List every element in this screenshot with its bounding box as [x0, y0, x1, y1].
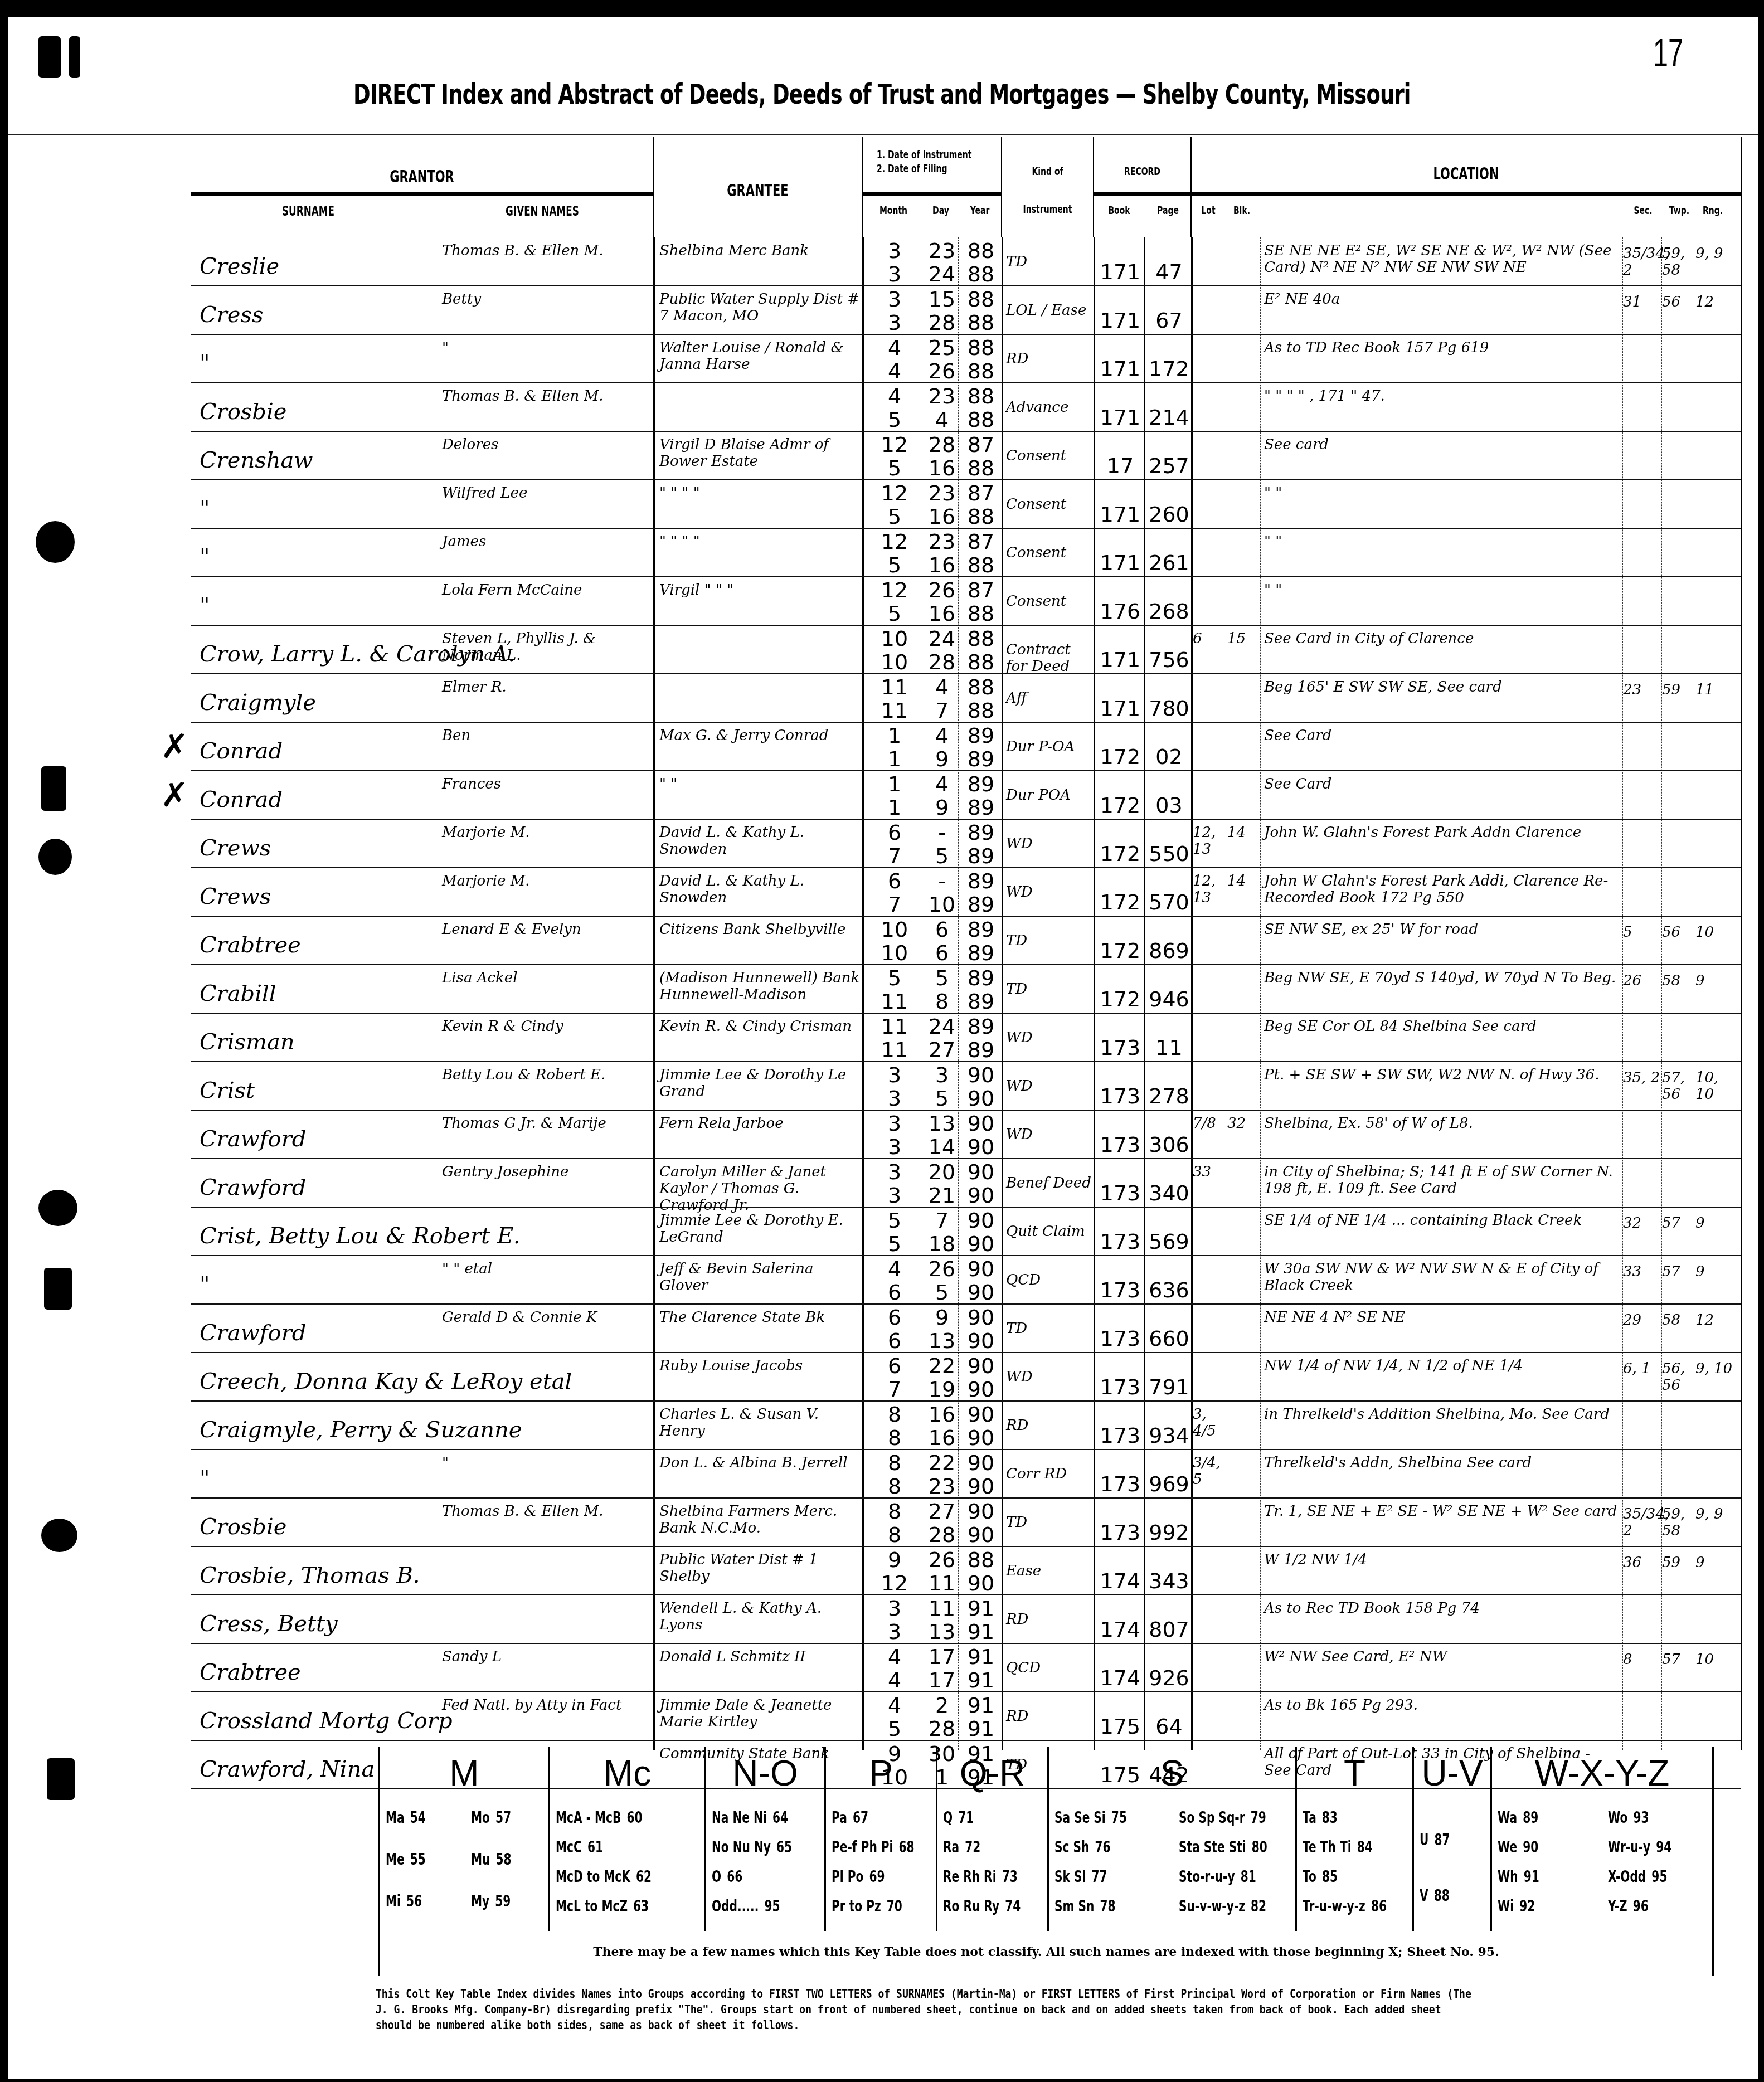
binder-hole — [41, 766, 66, 811]
day-instrument: 28 — [925, 432, 959, 458]
month-filed-instrument: 4 — [864, 383, 925, 409]
key-entry: Pe-f Ph Pi68 — [832, 1838, 915, 1856]
year-instrument: 88 — [959, 674, 1003, 700]
year-instrument: 91 — [959, 1692, 1003, 1718]
surname-cell: Craigmyle, Perry & Suzanne — [200, 1417, 640, 1443]
month-filed-instrument: 4 — [864, 1256, 925, 1282]
year-filing: 89 — [959, 989, 1003, 1014]
year-instrument: 88 — [959, 286, 1003, 312]
grantee-cell: Ruby Louise Jacobs — [659, 1358, 866, 1374]
key-entry-letters: Pa — [832, 1808, 847, 1827]
location-description: Threlkeld's Addn, Shelbina See card — [1264, 1455, 1621, 1471]
year-filing: 89 — [959, 1037, 1003, 1063]
key-entry-sheet-number: 77 — [1091, 1867, 1107, 1886]
section-cell: 32 — [1623, 1215, 1662, 1232]
key-entry-letters: McL to McZ — [556, 1897, 628, 1915]
year-instrument: 91 — [959, 1644, 1003, 1670]
given-names-cell: " " etal — [442, 1261, 654, 1277]
year-filing: 88 — [959, 310, 1003, 335]
kind-of-instrument: Consent — [1006, 447, 1095, 464]
location-description: in Threlkeld's Addition Shelbina, Mo. Se… — [1264, 1406, 1621, 1423]
key-entry-letters: Q — [943, 1808, 953, 1827]
key-entry-sheet-number: 76 — [1095, 1838, 1110, 1856]
key-entry: Pr to Pz70 — [832, 1897, 902, 1915]
record-book: 172 — [1095, 792, 1145, 818]
year-filing: 88 — [959, 552, 1003, 578]
grantee-cell: The Clarence State Bk — [659, 1309, 866, 1326]
year-filing: 88 — [959, 504, 1003, 529]
record-page: 660 — [1145, 1326, 1193, 1351]
given-names-cell: James — [442, 533, 654, 550]
record-page: 992 — [1145, 1520, 1193, 1545]
key-group-letter: P — [826, 1753, 936, 1794]
day-instrument: 2 — [925, 1692, 959, 1718]
key-entry-letters: Pe-f Ph Pi — [832, 1838, 893, 1856]
kind-of-instrument: TD — [1006, 981, 1095, 998]
table-row: CrewsMarjorie M.David L. & Kathy L. Snow… — [191, 819, 1741, 868]
header-label: GRANTEE — [685, 181, 830, 201]
grantee-cell: " " " " — [659, 485, 866, 502]
township-cell: 56 — [1662, 924, 1695, 941]
location-description: W 30a SW NW & W² NW SW N & E of City of … — [1264, 1261, 1621, 1294]
key-group-letter: W-X-Y-Z — [1492, 1753, 1712, 1794]
year-instrument: 89 — [959, 965, 1003, 991]
month-filing: 7 — [864, 843, 925, 869]
day-instrument: 26 — [925, 1547, 959, 1573]
year-instrument: 90 — [959, 1402, 1003, 1427]
day-instrument: 11 — [925, 1595, 959, 1621]
key-entry-sheet-number: 56 — [406, 1892, 422, 1910]
key-entry-letters: Sk Sl — [1054, 1867, 1086, 1886]
table-row: Creech, Donna Kay & LeRoy etalRuby Louis… — [191, 1352, 1741, 1402]
month-filing: 5 — [864, 601, 925, 626]
record-page: 807 — [1145, 1617, 1193, 1642]
month-filed-instrument: 10 — [864, 626, 925, 651]
key-entry-sheet-number: 94 — [1656, 1838, 1671, 1856]
grantee-cell: Fern Rela Jarboe — [659, 1115, 866, 1132]
year-filing: 90 — [959, 1231, 1003, 1257]
kind-of-instrument: Corr RD — [1006, 1466, 1095, 1482]
kind-of-instrument: Advance — [1006, 399, 1095, 416]
section-cell: 35, 2 — [1623, 1069, 1662, 1086]
grantee-cell: Shelbina Farmers Merc. Bank N.C.Mo. — [659, 1503, 866, 1536]
given-names-cell: Frances — [442, 776, 654, 792]
key-entry-sheet-number: 63 — [633, 1897, 649, 1915]
month-filed-instrument: 1 — [864, 723, 925, 748]
key-entry-letters: Sta Ste Sti — [1179, 1838, 1246, 1856]
record-page: 550 — [1145, 841, 1193, 867]
header-label: Day — [929, 203, 953, 217]
day-filing: 11 — [925, 1570, 959, 1596]
given-names-cell: Elmer R. — [442, 679, 654, 695]
key-group-letter: N-O — [706, 1753, 824, 1794]
key-entry: Mi56 — [386, 1892, 422, 1910]
year-filing: 89 — [959, 892, 1003, 917]
header-grantee: GRANTEE — [654, 137, 863, 237]
year-instrument: 90 — [959, 1305, 1003, 1330]
month-filing: 10 — [864, 940, 925, 966]
township-cell: 56 — [1662, 294, 1695, 310]
key-entry: Sto-r-u-y81 — [1179, 1867, 1256, 1886]
day-filing: 19 — [925, 1376, 959, 1402]
key-group-letter: Mc — [550, 1753, 704, 1794]
header-label: Page — [1151, 203, 1185, 217]
surname-cell: Crosbie, Thomas B. — [200, 1563, 640, 1588]
key-group-letter: T — [1297, 1753, 1412, 1794]
key-entry-sheet-number: 93 — [1633, 1808, 1649, 1827]
key-entry-letters: McA - McB — [556, 1808, 621, 1827]
day-filing: 23 — [925, 1473, 959, 1499]
key-group-m: MMa54Me55Mi56Mo57Mu58My59 — [380, 1747, 550, 1931]
kind-of-instrument: Quit Claim — [1006, 1223, 1095, 1240]
block-cell: 14 — [1227, 873, 1261, 889]
record-page: 11 — [1145, 1035, 1193, 1061]
month-filed-instrument: 3 — [864, 1159, 925, 1185]
year-instrument: 88 — [959, 1547, 1003, 1573]
given-names-cell: Thomas B. & Ellen M. — [442, 242, 654, 259]
record-book: 171 — [1095, 502, 1145, 527]
day-instrument: 16 — [925, 1402, 959, 1427]
kind-of-instrument: WD — [1006, 1369, 1095, 1385]
kind-of-instrument: RD — [1006, 1611, 1095, 1628]
location-description: As to Rec TD Book 158 Pg 74 — [1264, 1600, 1621, 1617]
key-entry-letters: Na Ne Ni — [712, 1808, 767, 1827]
township-cell: 59, 58 — [1662, 245, 1695, 279]
day-filing: 14 — [925, 1134, 959, 1160]
header-label: LOCATION — [1274, 164, 1659, 184]
month-filed-instrument: 10 — [864, 917, 925, 942]
month-filing: 11 — [864, 989, 925, 1014]
record-book: 173 — [1095, 1277, 1145, 1303]
table-row: ""Walter Louise / Ronald & Janna Harse42… — [191, 334, 1741, 383]
record-book: 171 — [1095, 356, 1145, 382]
grantee-cell: Wendell L. & Kathy A. Lyons — [659, 1600, 866, 1633]
key-entry-letters: U — [1420, 1831, 1428, 1849]
month-filed-instrument: 3 — [864, 286, 925, 312]
key-entry-letters: Mo — [471, 1808, 490, 1827]
record-book: 173 — [1095, 1083, 1145, 1109]
binder-hole — [41, 1519, 77, 1552]
key-group-letter: S — [1049, 1753, 1295, 1794]
key-group-w-x-y-z: W-X-Y-ZWa89We90Wh91Wi92Wo93Wr-u-y94X-Odd… — [1492, 1747, 1712, 1931]
key-entry-sheet-number: 64 — [772, 1808, 788, 1827]
table-row: "James" " " "12238751688Consent171261" " — [191, 528, 1741, 577]
year-instrument: 88 — [959, 383, 1003, 409]
table-row: Craigmyle, Perry & SuzanneCharles L. & S… — [191, 1400, 1741, 1450]
key-group-mc: McMcA - McB60McC61McD to McK62McL to McZ… — [550, 1747, 706, 1931]
table-row: ConradBenMax G. & Jerry Conrad14891989Du… — [191, 722, 1741, 771]
range-cell: 9, 10 — [1695, 1360, 1734, 1377]
range-cell: 9 — [1695, 1263, 1734, 1280]
kind-of-instrument: TD — [1006, 1320, 1095, 1337]
month-filing: 3 — [864, 1619, 925, 1645]
key-entry-sheet-number: 73 — [1002, 1867, 1018, 1886]
day-filing: 4 — [925, 407, 959, 432]
key-entry-sheet-number: 85 — [1322, 1867, 1338, 1886]
range-cell: 9 — [1695, 1215, 1734, 1232]
grantee-cell: Walter Louise / Ronald & Janna Harse — [659, 339, 866, 373]
month-filing: 11 — [864, 698, 925, 723]
year-instrument: 90 — [959, 1353, 1003, 1379]
record-page: 780 — [1145, 695, 1193, 721]
location-description: See card — [1264, 436, 1621, 453]
day-instrument: 6 — [925, 917, 959, 942]
year-instrument: 90 — [959, 1159, 1003, 1185]
grantee-cell: Citizens Bank Shelbyville — [659, 921, 866, 938]
year-instrument: 90 — [959, 1450, 1003, 1476]
key-entry-letters: Wo — [1608, 1808, 1627, 1827]
record-page: 569 — [1145, 1229, 1193, 1254]
location-description: SE 1/4 of NE 1/4 ... containing Black Cr… — [1264, 1212, 1621, 1229]
record-page: 03 — [1145, 792, 1193, 818]
section-cell: 8 — [1623, 1651, 1662, 1668]
year-filing: 88 — [959, 455, 1003, 481]
given-names-cell: Betty — [442, 291, 654, 308]
location-description: " " " " , 171 " 47. — [1264, 388, 1621, 405]
given-names-cell: Marjorie M. — [442, 824, 654, 841]
grantee-cell: Max G. & Jerry Conrad — [659, 727, 866, 744]
grantee-cell: Virgil " " " — [659, 582, 866, 599]
table-row: CrenshawDeloresVirgil D Blaise Admr of B… — [191, 431, 1741, 480]
header-record: RECORD Book Page — [1094, 137, 1192, 237]
key-entry-letters: Pr to Pz — [832, 1897, 881, 1915]
record-page: 306 — [1145, 1132, 1193, 1157]
lot-cell: 6 — [1193, 630, 1227, 647]
key-entry: V88 — [1420, 1886, 1450, 1905]
key-entry-letters: Ta — [1303, 1808, 1316, 1827]
table-row: CressBettyPublic Water Supply Dist # 7 M… — [191, 285, 1741, 335]
key-entry-sheet-number: 88 — [1434, 1886, 1450, 1905]
page-number: 17 — [1653, 31, 1684, 75]
location-description: W² NW See Card, E² NW — [1264, 1648, 1621, 1665]
day-instrument: 26 — [925, 1256, 959, 1282]
key-entry: Sa Se Si75 — [1054, 1808, 1127, 1827]
key-entry-sheet-number: 59 — [495, 1892, 511, 1910]
key-entry-letters: Re Rh Ri — [943, 1867, 997, 1886]
key-entry-letters: Sa Se Si — [1054, 1808, 1106, 1827]
grantee-cell: Jimmie Dale & Jeanette Marie Kirtley — [659, 1697, 866, 1730]
township-cell: 58 — [1662, 972, 1695, 989]
table-row: CristBetty Lou & Robert E.Jimmie Lee & D… — [191, 1061, 1741, 1111]
key-entry-sheet-number: 78 — [1100, 1897, 1116, 1915]
month-filed-instrument: 8 — [864, 1402, 925, 1427]
day-filing: 28 — [925, 1716, 959, 1742]
day-instrument: 15 — [925, 286, 959, 312]
month-filing: 3 — [864, 1183, 925, 1208]
given-names-cell: Lenard E & Evelyn — [442, 921, 654, 938]
month-filed-instrument: 4 — [864, 1644, 925, 1670]
record-page: 969 — [1145, 1471, 1193, 1497]
year-instrument: 89 — [959, 820, 1003, 845]
month-filing: 3 — [864, 261, 925, 287]
given-names-cell: Lisa Ackel — [442, 970, 654, 986]
day-filing: 28 — [925, 649, 959, 675]
year-filing: 90 — [959, 1473, 1003, 1499]
record-page: 268 — [1145, 599, 1193, 624]
section-cell: 35/34, 2 — [1623, 1506, 1662, 1539]
day-filing: 5 — [925, 1280, 959, 1305]
kind-of-instrument: TD — [1006, 254, 1095, 270]
record-book: 174 — [1095, 1665, 1145, 1691]
key-entry-sheet-number: 89 — [1523, 1808, 1538, 1827]
key-entry-letters: Te Th Ti — [1303, 1838, 1352, 1856]
year-filing: 91 — [959, 1619, 1003, 1645]
key-entry-letters: Sc Sh — [1054, 1838, 1089, 1856]
month-filed-instrument: 8 — [864, 1499, 925, 1524]
year-filing: 88 — [959, 261, 1003, 287]
record-page: 214 — [1145, 405, 1193, 430]
year-filing: 89 — [959, 940, 1003, 966]
given-names-cell: Steven L, Phyllis J. & Norman L. — [442, 630, 654, 664]
year-instrument: 89 — [959, 723, 1003, 748]
kind-of-instrument: Consent — [1006, 496, 1095, 513]
given-names-cell: Thomas B. & Ellen M. — [442, 388, 654, 405]
year-filing: 90 — [959, 1522, 1003, 1548]
day-filing: 28 — [925, 310, 959, 335]
month-filed-instrument: 6 — [864, 1305, 925, 1330]
kind-of-instrument: RD — [1006, 1417, 1095, 1434]
binder-hole — [47, 1758, 75, 1800]
month-filing: 8 — [864, 1425, 925, 1451]
month-filed-instrument: 1 — [864, 771, 925, 797]
month-filed-instrument: 3 — [864, 1111, 925, 1136]
table-row: ""Don L. & Albina B. Jerrell8229082390Co… — [191, 1449, 1741, 1499]
month-filing: 1 — [864, 746, 925, 772]
given-names-cell: " — [442, 1455, 654, 1471]
month-filing: 1 — [864, 795, 925, 820]
key-entry-sheet-number: 55 — [410, 1850, 426, 1869]
day-filing: 5 — [925, 1086, 959, 1111]
given-names-cell: Lola Fern McCaine — [442, 582, 654, 599]
key-entry: Te Th Ti84 — [1303, 1838, 1373, 1856]
day-instrument: 17 — [925, 1644, 959, 1670]
month-filing: 6 — [864, 1328, 925, 1354]
key-entry: So Sp Sq-r79 — [1179, 1808, 1266, 1827]
day-filing: 16 — [925, 455, 959, 481]
record-page: 257 — [1145, 453, 1193, 479]
divider — [1094, 192, 1190, 196]
year-instrument: 89 — [959, 1014, 1003, 1039]
year-instrument: 90 — [959, 1256, 1003, 1282]
key-entry-sheet-number: 57 — [495, 1808, 511, 1827]
header-label: Sec. — [1630, 203, 1657, 217]
year-instrument: 88 — [959, 335, 1003, 361]
surname-cell: Cress, Betty — [200, 1611, 640, 1637]
header-label: Rng. — [1701, 203, 1724, 217]
key-entry-sheet-number: 70 — [887, 1897, 902, 1915]
header-label: Lot — [1197, 203, 1220, 217]
year-instrument: 88 — [959, 238, 1003, 264]
month-filed-instrument: 3 — [864, 1595, 925, 1621]
binder-hole — [38, 839, 72, 875]
given-names-cell: Fed Natl. by Atty in Fact — [442, 1697, 654, 1714]
lot-cell: 12, 13 — [1193, 873, 1227, 906]
key-entry-letters: Odd..... — [712, 1897, 759, 1915]
given-names-cell: Marjorie M. — [442, 873, 654, 889]
record-book: 172 — [1095, 889, 1145, 915]
key-entry-letters: X-Odd — [1608, 1867, 1646, 1886]
record-book: 176 — [1095, 599, 1145, 624]
month-filed-instrument: 5 — [864, 965, 925, 991]
year-filing: 89 — [959, 746, 1003, 772]
binder-hole — [69, 36, 80, 78]
day-filing: 17 — [925, 1667, 959, 1693]
range-cell: 10, 10 — [1695, 1069, 1734, 1103]
range-cell: 12 — [1695, 1312, 1734, 1329]
record-book: 171 — [1095, 259, 1145, 285]
grantee-cell: Public Water Supply Dist # 7 Macon, MO — [659, 291, 866, 324]
month-filing: 8 — [864, 1522, 925, 1548]
record-page: 260 — [1145, 502, 1193, 527]
header-date: 1. Date of Instrument 2. Date of Filing … — [863, 137, 1002, 237]
key-entry: We90 — [1498, 1838, 1538, 1856]
year-instrument: 90 — [959, 1208, 1003, 1233]
table-row: CrawfordThomas G Jr. & MarijeFern Rela J… — [191, 1110, 1741, 1159]
month-filing: 5 — [864, 1231, 925, 1257]
kind-of-instrument: TD — [1006, 932, 1095, 949]
surname-cell: Creech, Donna Kay & LeRoy etal — [200, 1369, 640, 1394]
table-row: CrosbieThomas B. & Ellen M.423885488Adva… — [191, 382, 1741, 432]
month-filed-instrument: 9 — [864, 1547, 925, 1573]
key-entry-letters: Y-Z — [1608, 1897, 1627, 1915]
x-mark-icon: ✗ — [161, 727, 188, 766]
key-entry: Wr-u-y94 — [1608, 1838, 1671, 1856]
key-entry: Wo93 — [1608, 1808, 1649, 1827]
township-cell: 57, 56 — [1662, 1069, 1695, 1103]
township-cell: 59 — [1662, 682, 1695, 698]
kind-of-instrument: WD — [1006, 884, 1095, 901]
key-entry-sheet-number: 83 — [1322, 1808, 1338, 1827]
day-instrument: 3 — [925, 1062, 959, 1088]
key-entry-sheet-number: 96 — [1632, 1897, 1648, 1915]
kind-of-instrument: Benef Deed — [1006, 1175, 1095, 1191]
year-filing: 91 — [959, 1716, 1003, 1742]
location-description: As to TD Rec Book 157 Pg 619 — [1264, 339, 1621, 356]
range-cell: 9, 9 — [1695, 245, 1734, 262]
key-entry: To85 — [1303, 1867, 1338, 1886]
month-filed-instrument: 4 — [864, 335, 925, 361]
year-instrument: 88 — [959, 626, 1003, 651]
header-label: 2. Date of Filing — [877, 162, 947, 175]
record-page: 67 — [1145, 308, 1193, 333]
location-description: E² NE 40a — [1264, 291, 1621, 308]
month-filed-instrument: 12 — [864, 577, 925, 603]
key-entry: O66 — [712, 1867, 742, 1886]
block-cell: 15 — [1227, 630, 1261, 647]
day-instrument: 26 — [925, 577, 959, 603]
key-entry-sheet-number: 65 — [776, 1838, 792, 1856]
key-entry: Mu58 — [471, 1850, 512, 1869]
location-description: See Card — [1264, 776, 1621, 792]
year-filing: 88 — [959, 407, 1003, 432]
key-entry: U87 — [1420, 1831, 1450, 1849]
day-filing: 6 — [925, 940, 959, 966]
year-filing: 88 — [959, 649, 1003, 675]
kind-of-instrument: QCD — [1006, 1660, 1095, 1676]
kind-of-instrument: LOL / Ease — [1006, 302, 1095, 319]
day-instrument: 20 — [925, 1159, 959, 1185]
key-entry-sheet-number: 68 — [899, 1838, 915, 1856]
township-cell: 57 — [1662, 1215, 1695, 1232]
header-label: SURNAME — [226, 203, 390, 219]
key-entry: Me55 — [386, 1850, 426, 1869]
section-cell: 5 — [1623, 924, 1662, 941]
key-entry-letters: Sm Sn — [1054, 1897, 1094, 1915]
month-filing: 5 — [864, 552, 925, 578]
key-entry-sheet-number: 71 — [958, 1808, 974, 1827]
month-filing: 4 — [864, 1667, 925, 1693]
key-entry: Mo57 — [471, 1808, 511, 1827]
